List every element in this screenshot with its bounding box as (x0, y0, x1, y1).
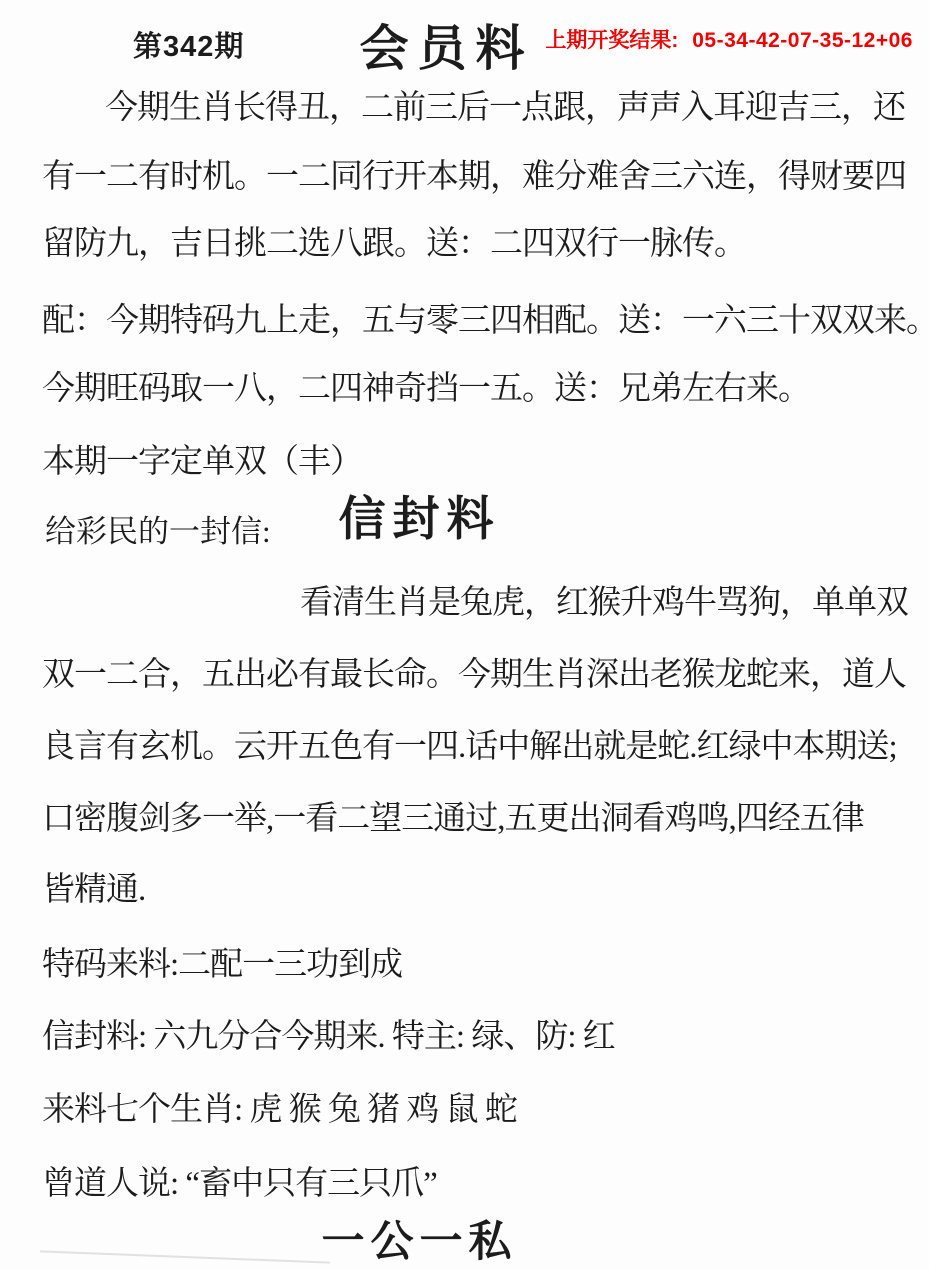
last-draw-result-numbers: 05-34-42-07-35-12+06 (692, 29, 913, 52)
member-text-line: 留防九，吉日挑二选八跟。送：二四双行一脉传。 (42, 226, 921, 264)
envelope-text-line: 良言有玄机。云开五色有一四.话中解出就是蛇.红绿中本期送; (42, 729, 921, 767)
envelope-text-line: 皆精通. (42, 872, 921, 910)
special-code-line: 特码来料:二配一三功到成 (42, 947, 921, 985)
member-text-line: 本期一字定单双（丰） (42, 444, 921, 482)
lottery-tip-sheet: 第342期 会员料 上期开奖结果: 05-34-42-07-35-12+06 今… (0, 0, 929, 1269)
envelope-text-line: 双一二合，五出必有最长命。今期生肖深出老猴龙蛇来，道人 (42, 657, 921, 695)
last-draw-result: 上期开奖结果: 05-34-42-07-35-12+06 (545, 24, 913, 54)
zodiac-list-line: 来料七个生肖: 虎 猴 兔 猪 鸡 鼠 蛇 (42, 1092, 921, 1130)
footer-slogan: 一公一私 (0, 1208, 884, 1269)
member-text-line: 今期生肖长得丑，二前三后一点跟，声声入耳迎吉三，还 (42, 90, 921, 128)
envelope-section-title: 信封料 (0, 482, 884, 549)
member-text-line: 有一二有时机。一二同行开本期，难分难舍三六连，得财要四 (42, 159, 921, 197)
envelope-material-line: 信封料: 六九分合今期来. 特主: 绿、防: 红 (42, 1019, 921, 1057)
member-text-line: 今期旺码取一八，二四神奇挡一五。送：兄弟左右来。 (42, 371, 921, 409)
envelope-text-line: 看清生肖是兔虎，红猴升鸡牛骂狗，单单双 (42, 585, 921, 623)
member-text-line: 配：今期特码九上走，五与零三四相配。送：一六三十双双来。 (42, 303, 921, 341)
quote-line: 曾道人说: “畜中只有三只爪” (42, 1166, 921, 1204)
last-draw-result-label: 上期开奖结果: (545, 29, 678, 52)
envelope-text-line: 口密腹剑多一举,一看二望三通过,五更出洞看鸡鸣,四经五律 (42, 801, 921, 839)
